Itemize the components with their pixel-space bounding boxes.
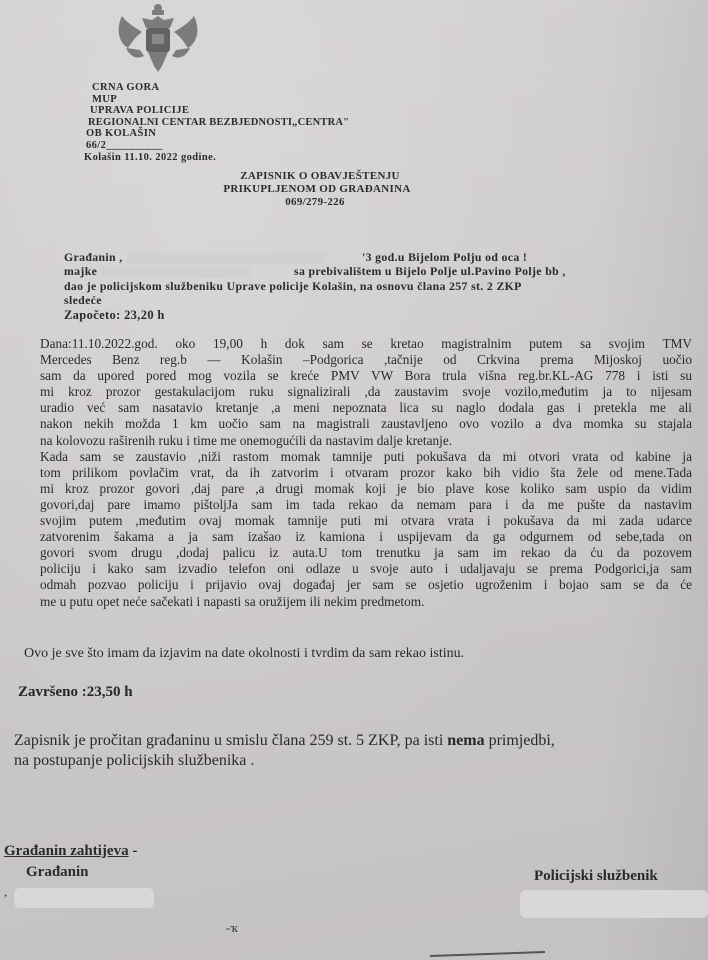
statement-body: Dana:11.10.2022.god. oko 19,00 h dok sam…: [40, 336, 692, 610]
header-ministry: MUP: [86, 94, 349, 106]
read-notice-line-1: Zapisnik je pročitan građaninu u smislu …: [14, 731, 702, 751]
read-notice-part-1: Zapisnik je pročitan građaninu u smislu …: [14, 732, 447, 749]
statement-line: svojim putem ,međutim ovaj momak tamnije…: [40, 513, 692, 529]
header-department: OB KOLAŠIN: [86, 128, 349, 140]
mother-label: majke: [64, 264, 97, 278]
citizen-intro: Građanin , '3 god.u Bijelom Polju od oca…: [64, 250, 684, 322]
redacted-officer-signature: [520, 890, 708, 918]
statement-line: policiju i kako sam izvadio telefon oni …: [40, 561, 692, 577]
title-phone: 069/279-226: [0, 196, 708, 209]
reference-number: 66/2: [86, 140, 106, 151]
officer-signature-label: Policijski službenik: [534, 868, 658, 885]
born-text: '3 god.u Bijelom Polju od oca !: [362, 250, 527, 264]
header-regional-center: REGIONALNI CENTAR BEZBJEDNOSTI„CENTRA": [86, 117, 349, 129]
statement-line: Kada sam se zaustavio ,niži rastom momak…: [40, 449, 692, 465]
statement-line: na kolovozu raširenih ruku i time me one…: [40, 433, 692, 449]
header-place-date: Kolašin 11.10. 2022 godine.: [84, 152, 349, 164]
started-time: Započeto: 23,20 h: [64, 308, 684, 322]
read-notice-emphasis: nema: [447, 732, 484, 749]
citizen-request-label: Građanin zahtijeva: [4, 843, 129, 859]
statement-line: tom prilikom povlačim vrat, da ih zatvor…: [40, 465, 692, 481]
coat-of-arms-icon: [112, 2, 204, 74]
header-directorate: UPRAVA POLICIJE: [86, 105, 349, 117]
finished-time: Završeno :23,50 h: [18, 684, 133, 701]
statement-line: dao je policijskom službeniku Uprave pol…: [64, 279, 684, 293]
statement-line: Mercedes Benz reg.b — Kolašin –Podgorica…: [40, 352, 692, 368]
header-country: CRNA GORA: [86, 82, 349, 94]
statement-line: mi kroz prozor gestakulacijom ruku signa…: [40, 384, 692, 400]
citizen-request-dash: -: [129, 843, 138, 859]
read-notice-part-2: primjedbi,: [485, 732, 555, 749]
statement-line: nakon nekih možda 1 km uočio sam na magi…: [40, 416, 692, 432]
signature-mark: ,: [4, 884, 7, 900]
redacted-name: [126, 253, 326, 264]
statement-line: me u putu opet neće sačekati i napasti s…: [40, 594, 692, 610]
statement-continuation: sledeće: [64, 293, 684, 307]
statement-line: govori svom drugu ,dodaj palicu iz auta.…: [40, 545, 692, 561]
reference-blank: __________: [106, 140, 163, 151]
citizen-signature-label: Građanin: [26, 864, 89, 881]
intro-row-residence: majke sa prebivalištem u Bijelo Polje ul…: [64, 264, 684, 278]
statement-line: zatvorenim šakama a ja sam izašao iz kam…: [40, 529, 692, 545]
redacted-mother-name: [101, 267, 251, 278]
signature-line: [430, 951, 545, 957]
read-notice-line-2: na postupanje policijskih službenika .: [14, 751, 702, 771]
statement-line: sam da upored pored mog vozila se kreće …: [40, 368, 692, 384]
document-title: ZAPISNIK O OBAVJEŠTENJU PRIKUPLJENOM OD …: [0, 170, 708, 209]
citizen-label: Građanin ,: [64, 250, 123, 264]
citizen-request: Građanin zahtijeva -: [4, 843, 137, 860]
title-line-2: PRIKUPLJENOM OD GRAĐANINA: [0, 183, 708, 196]
document-header: CRNA GORA MUP UPRAVA POLICIJE REGIONALNI…: [86, 82, 349, 163]
statement-line: uradio već sam nasatavio kretanje ,a men…: [40, 400, 692, 416]
statement-line: odmah pozvao policiju i prijavio ovaj do…: [40, 577, 692, 593]
statement-line: govori,daj pare imamo pištoljJa sam im t…: [40, 497, 692, 513]
header-reference: 66/2__________: [86, 140, 349, 152]
title-line-1: ZAPISNIK O OBAVJEŠTENJU: [0, 170, 708, 183]
statement-line: mi kroz prozor govori ,daj pare ,a drugi…: [40, 481, 692, 497]
closing-statement: Ovo je sve što imam da izjavim na date o…: [24, 646, 464, 662]
redacted-citizen-signature: [14, 888, 154, 908]
signature-stroke: -ҡ: [226, 920, 238, 936]
intro-row-citizen: Građanin , '3 god.u Bijelom Polju od oca…: [64, 250, 684, 264]
residence-text: sa prebivalištem u Bijelo Polje ul.Pavin…: [294, 264, 566, 278]
statement-line: Dana:11.10.2022.god. oko 19,00 h dok sam…: [40, 336, 692, 352]
read-notice: Zapisnik je pročitan građaninu u smislu …: [14, 731, 702, 770]
